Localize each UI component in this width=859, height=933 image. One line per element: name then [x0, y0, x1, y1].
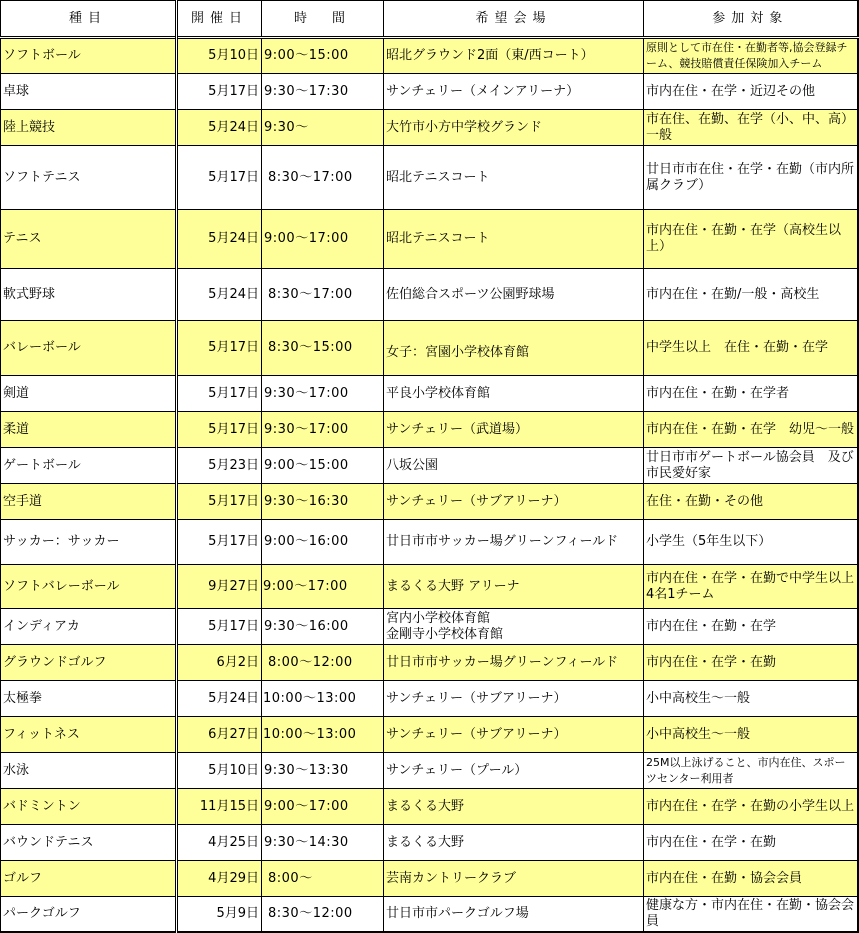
venue-cell: 大竹市小方中学校グランド — [384, 110, 644, 146]
date-cell: 5月17日 — [177, 74, 262, 110]
sport-cell: 軟式野球 — [1, 269, 177, 321]
sport-cell: 水泳 — [1, 753, 177, 789]
date-cell: 5月17日 — [177, 484, 262, 520]
venue-cell: 昭北テニスコート — [384, 146, 644, 210]
sport-cell: バドミントン — [1, 789, 177, 825]
time-cell: 9:00～17:00 — [262, 565, 384, 609]
date-cell: 5月17日 — [177, 520, 262, 565]
venue-cell: 八坂公園 — [384, 448, 644, 484]
target-cell: 在住・在勤・その他 — [644, 484, 858, 520]
date-cell: 5月17日 — [177, 412, 262, 448]
header-time: 時 間 — [262, 1, 384, 38]
target-cell: 市内在住・在勤・協会会員 — [644, 861, 858, 897]
table-row: ソフトバレーボール 9月27日 9:00～17:00 まるくる大野 アリーナ 市… — [1, 565, 858, 609]
target-cell: 市内在住・在学・在勤の小学生以上 — [644, 789, 858, 825]
target-cell: 市内在住・在勤・在学（高校生以上） — [644, 210, 858, 269]
date-cell: 5月23日 — [177, 448, 262, 484]
sport-cell: ソフトバレーボール — [1, 565, 177, 609]
table-row: ソフトボール 5月10日 9:00～15:00 昭北グラウンド2面（東/西コート… — [1, 38, 858, 74]
time-cell: 9:30～16:30 — [262, 484, 384, 520]
time-cell: 8:30～15:00 — [262, 321, 384, 376]
target-cell: 25M以上泳げること、市内在住、スポーツセンター利用者 — [644, 753, 858, 789]
time-cell: 9:30～17:00 — [262, 412, 384, 448]
venue-cell: サンチェリー（サブアリーナ） — [384, 484, 644, 520]
venue-cell: 平良小学校体育館 — [384, 376, 644, 412]
date-cell: 5月9日 — [177, 897, 262, 932]
time-cell: 9:00～17:00 — [262, 789, 384, 825]
sport-cell: ソフトボール — [1, 38, 177, 74]
sport-cell: バレーボール — [1, 321, 177, 376]
target-cell: 市在住、在勤、在学（小、中、高）一般 — [644, 110, 858, 146]
target-cell: 市内在住・在学・在勤 — [644, 645, 858, 681]
date-cell: 5月10日 — [177, 753, 262, 789]
target-cell: 小中高校生～一般 — [644, 717, 858, 753]
sport-cell: バウンドテニス — [1, 825, 177, 861]
time-cell: 9:30～17:00 — [262, 376, 384, 412]
time-cell: 9:30～14:30 — [262, 825, 384, 861]
table-row: ゴルフ 4月29日 8:00～ 芸南カントリークラブ 市内在住・在勤・協会会員 — [1, 861, 858, 897]
table-row: 水泳 5月10日 9:30～13:30 サンチェリー（プール） 25M以上泳げる… — [1, 753, 858, 789]
venue-cell: 昭北グラウンド2面（東/西コート） — [384, 38, 644, 74]
venue-cell: 女子：宮園小学校体育館 — [384, 321, 644, 376]
date-cell: 11月15日 — [177, 789, 262, 825]
venue-cell: 廿日市市サッカー場グリーンフィールド — [384, 520, 644, 565]
venue-line: 宮内小学校体育館 — [386, 611, 641, 627]
target-cell: 健康な方・市内在住・在勤・協会会員 — [644, 897, 858, 932]
time-cell: 9:00～16:00 — [262, 520, 384, 565]
target-cell: 市内在住・在学・在勤 — [644, 825, 858, 861]
date-cell: 5月17日 — [177, 321, 262, 376]
header-date: 開催日 — [177, 1, 262, 38]
target-cell: 小中高校生～一般 — [644, 681, 858, 717]
date-cell: 4月25日 — [177, 825, 262, 861]
venue-cell: まるくる大野 アリーナ — [384, 565, 644, 609]
sport-cell: サッカー：サッカー — [1, 520, 177, 565]
target-cell: 廿日市市在住・在学・在勤（市内所属クラブ） — [644, 146, 858, 210]
time-cell: 10:00～13:00 — [262, 681, 384, 717]
table-row: パークゴルフ 5月9日 8:30～12:00 廿日市市パークゴルフ場 健康な方・… — [1, 897, 858, 932]
time-cell: 9:30～16:00 — [262, 609, 384, 645]
table-row: 陸上競技 5月24日 9:30～ 大竹市小方中学校グランド 市在住、在勤、在学（… — [1, 110, 858, 146]
header-sport: 種目 — [1, 1, 177, 38]
sport-cell: 陸上競技 — [1, 110, 177, 146]
time-cell: 8:30～12:00 — [262, 897, 384, 932]
venue-cell: サンチェリー（プール） — [384, 753, 644, 789]
table-row: バレーボール 5月17日 8:30～15:00 女子：宮園小学校体育館 中学生以… — [1, 321, 858, 376]
table-row: サッカー：サッカー 5月17日 9:00～16:00 廿日市市サッカー場グリーン… — [1, 520, 858, 565]
venue-cell: まるくる大野 — [384, 825, 644, 861]
venue-cell: サンチェリー（サブアリーナ） — [384, 681, 644, 717]
sports-schedule-table: 種目 開催日 時 間 希望会場 参加対象 ソフトボール 5月10日 9:00～1… — [0, 0, 859, 933]
time-cell: 9:00～17:00 — [262, 210, 384, 269]
table-row: グラウンドゴルフ 6月2日 8:00～12:00 廿日市市サッカー場グリーンフィ… — [1, 645, 858, 681]
time-cell: 9:00～15:00 — [262, 38, 384, 74]
table-header-row: 種目 開催日 時 間 希望会場 参加対象 — [1, 1, 858, 38]
table-row: 卓球 5月17日 9:30～17:30 サンチェリー（メインアリーナ） 市内在住… — [1, 74, 858, 110]
time-cell: 8:30～17:00 — [262, 269, 384, 321]
table-row: フィットネス 6月27日 10:00～13:00 サンチェリー（サブアリーナ） … — [1, 717, 858, 753]
time-cell: 9:30～17:30 — [262, 74, 384, 110]
target-cell: 小学生（5年生以下） — [644, 520, 858, 565]
date-cell: 6月2日 — [177, 645, 262, 681]
target-cell: 市内在住・在勤・在学 — [644, 609, 858, 645]
target-cell: 市内在住・在勤・在学 幼児～一般 — [644, 412, 858, 448]
venue-cell: まるくる大野 — [384, 789, 644, 825]
time-cell: 8:30～17:00 — [262, 146, 384, 210]
sport-cell: インディアカ — [1, 609, 177, 645]
date-cell: 5月24日 — [177, 681, 262, 717]
sport-cell: ゴルフ — [1, 861, 177, 897]
venue-cell: 宮内小学校体育館 金剛寺小学校体育館 — [384, 609, 644, 645]
venue-cell: 佐伯総合スポーツ公園野球場 — [384, 269, 644, 321]
venue-cell: 廿日市市パークゴルフ場 — [384, 897, 644, 932]
venue-cell: 昭北テニスコート — [384, 210, 644, 269]
sport-cell: ソフトテニス — [1, 146, 177, 210]
sport-cell: テニス — [1, 210, 177, 269]
date-cell: 5月17日 — [177, 146, 262, 210]
table-row: 柔道 5月17日 9:30～17:00 サンチェリー（武道場） 市内在住・在勤・… — [1, 412, 858, 448]
sport-cell: グラウンドゴルフ — [1, 645, 177, 681]
table-row: 軟式野球 5月24日 8:30～17:00 佐伯総合スポーツ公園野球場 市内在住… — [1, 269, 858, 321]
date-cell: 5月24日 — [177, 110, 262, 146]
target-cell: 市内在住・在勤・在学者 — [644, 376, 858, 412]
target-cell: 市内在住・在学・近辺その他 — [644, 74, 858, 110]
target-cell: 市内在住・在学・在勤で中学生以上4名1チーム — [644, 565, 858, 609]
venue-cell: 廿日市市サッカー場グリーンフィールド — [384, 645, 644, 681]
time-cell: 10:00～13:00 — [262, 717, 384, 753]
date-cell: 5月24日 — [177, 210, 262, 269]
sport-cell: フィットネス — [1, 717, 177, 753]
venue-cell: サンチェリー（サブアリーナ） — [384, 717, 644, 753]
date-cell: 6月27日 — [177, 717, 262, 753]
target-cell: 中学生以上 在住・在勤・在学 — [644, 321, 858, 376]
time-cell: 9:00～15:00 — [262, 448, 384, 484]
table-row: ソフトテニス 5月17日 8:30～17:00 昭北テニスコート 廿日市市在住・… — [1, 146, 858, 210]
target-cell: 原則として市在住・在勤者等,協会登録チーム、競技賠償責任保険加入チーム — [644, 38, 858, 74]
date-cell: 5月10日 — [177, 38, 262, 74]
sport-cell: 卓球 — [1, 74, 177, 110]
header-target: 参加対象 — [644, 1, 858, 38]
time-cell: 9:30～13:30 — [262, 753, 384, 789]
sport-cell: 剣道 — [1, 376, 177, 412]
date-cell: 4月29日 — [177, 861, 262, 897]
target-cell: 廿日市市ゲートボール協会員 及び市民愛好家 — [644, 448, 858, 484]
date-cell: 9月27日 — [177, 565, 262, 609]
sport-cell: 太極拳 — [1, 681, 177, 717]
header-venue: 希望会場 — [384, 1, 644, 38]
table-row: 空手道 5月17日 9:30～16:30 サンチェリー（サブアリーナ） 在住・在… — [1, 484, 858, 520]
table-row: バウンドテニス 4月25日 9:30～14:30 まるくる大野 市内在住・在学・… — [1, 825, 858, 861]
sport-cell: ゲートボール — [1, 448, 177, 484]
date-cell: 5月17日 — [177, 609, 262, 645]
target-cell: 市内在住・在勤/一般・高校生 — [644, 269, 858, 321]
sport-cell: パークゴルフ — [1, 897, 177, 932]
time-cell: 8:00～ — [262, 861, 384, 897]
table-row: バドミントン 11月15日 9:00～17:00 まるくる大野 市内在住・在学・… — [1, 789, 858, 825]
date-cell: 5月24日 — [177, 269, 262, 321]
table-row: インディアカ 5月17日 9:30～16:00 宮内小学校体育館 金剛寺小学校体… — [1, 609, 858, 645]
sport-cell: 柔道 — [1, 412, 177, 448]
venue-line: 金剛寺小学校体育館 — [386, 627, 641, 643]
table-row: 剣道 5月17日 9:30～17:00 平良小学校体育館 市内在住・在勤・在学者 — [1, 376, 858, 412]
sport-cell: 空手道 — [1, 484, 177, 520]
table-row: 太極拳 5月24日 10:00～13:00 サンチェリー（サブアリーナ） 小中高… — [1, 681, 858, 717]
table-row: ゲートボール 5月23日 9:00～15:00 八坂公園 廿日市市ゲートボール協… — [1, 448, 858, 484]
time-cell: 8:00～12:00 — [262, 645, 384, 681]
date-cell: 5月17日 — [177, 376, 262, 412]
venue-cell: サンチェリー（武道場） — [384, 412, 644, 448]
table-row: テニス 5月24日 9:00～17:00 昭北テニスコート 市内在住・在勤・在学… — [1, 210, 858, 269]
venue-cell: 芸南カントリークラブ — [384, 861, 644, 897]
time-cell: 9:30～ — [262, 110, 384, 146]
venue-cell: サンチェリー（メインアリーナ） — [384, 74, 644, 110]
